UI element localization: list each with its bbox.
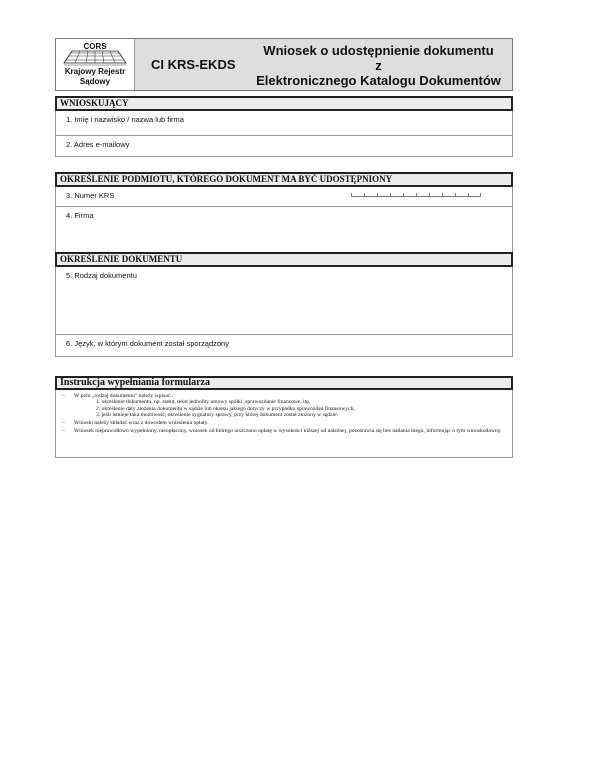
field-label: 4. Firma	[66, 211, 94, 220]
field-label: 6. Język, w którym dokument został sporz…	[66, 339, 229, 348]
form-header: CORS Krajowy Rejestr Sądowy CI KRS-EKDS …	[55, 38, 513, 91]
dash-bullet-icon: –	[62, 428, 74, 434]
dash-bullet-icon: –	[62, 420, 74, 426]
section-document: OKREŚLENIE DOKUMENTU 5. Rodzaj dokumentu…	[55, 252, 513, 357]
document-type-field[interactable]: 5. Rodzaj dokumentu	[55, 267, 513, 335]
field-label: 5. Rodzaj dokumentu	[66, 271, 137, 280]
instructions-heading: Instrukcja wypełniania formularza	[55, 376, 513, 390]
section-applicant: WNIOSKUJĄCY 1. Imię i nazwisko / nazwa l…	[55, 96, 513, 157]
dash-bullet-icon: –	[62, 393, 74, 418]
krs-digit-cell[interactable]	[455, 193, 468, 197]
section-entity: OKREŚLENIE PODMIOTU, KTÓREGO DOKUMENT MA…	[55, 172, 513, 252]
krs-digit-cell[interactable]	[403, 193, 416, 197]
form-code: CI KRS-EKDS	[151, 57, 236, 72]
field-label: 2. Adres e-mailowy	[66, 140, 129, 149]
email-field[interactable]: 2. Adres e-mailowy	[55, 136, 513, 157]
krs-digit-cell[interactable]	[377, 193, 390, 197]
instructions: Instrukcja wypełniania formularza – W po…	[55, 376, 513, 458]
instruction-item: – W polu „rodzaj dokumentu" należy wpisa…	[62, 393, 508, 418]
form-title: Wniosek o udostępnienie dokumentu z Elek…	[246, 43, 511, 88]
krs-digit-cell[interactable]	[351, 193, 364, 197]
krs-digit-cell[interactable]	[364, 193, 377, 197]
logo-name: Krajowy Rejestr Sądowy	[56, 67, 134, 87]
instruction-subitem: 2. określenie daty złożenia dokumentu w …	[74, 406, 355, 412]
field-label: 1. Imię i nazwisko / nazwa lub firma	[66, 115, 184, 124]
krs-digit-cell[interactable]	[429, 193, 442, 197]
krs-digit-cell[interactable]	[390, 193, 403, 197]
krs-digit-boxes[interactable]	[351, 193, 481, 197]
krs-digit-cell[interactable]	[468, 193, 481, 197]
logo-grid-icon	[62, 49, 128, 66]
instruction-subitem: 3. jeśli istnieje taka możliwość, określ…	[74, 412, 355, 418]
section-heading: OKREŚLENIE DOKUMENTU	[55, 252, 513, 267]
krs-number-field[interactable]: 3. Numer KRS	[55, 187, 513, 207]
instructions-body: – W polu „rodzaj dokumentu" należy wpisa…	[55, 390, 513, 458]
instruction-item: – Wnioski należy składać wraz z dowodem …	[62, 420, 508, 426]
instruction-item: – Wniosek nieprawidłowo wypełniony, nieo…	[62, 428, 508, 434]
field-label: 3. Numer KRS	[66, 191, 114, 200]
krs-digit-cell[interactable]	[416, 193, 429, 197]
krs-logo: CORS Krajowy Rejestr Sądowy	[56, 39, 135, 90]
name-field[interactable]: 1. Imię i nazwisko / nazwa lub firma	[55, 111, 513, 136]
section-heading: WNIOSKUJĄCY	[55, 96, 513, 111]
company-field[interactable]: 4. Firma	[55, 207, 513, 252]
krs-digit-cell[interactable]	[442, 193, 455, 197]
section-heading: OKREŚLENIE PODMIOTU, KTÓREGO DOKUMENT MA…	[55, 172, 513, 187]
document-language-field[interactable]: 6. Język, w którym dokument został sporz…	[55, 335, 513, 357]
